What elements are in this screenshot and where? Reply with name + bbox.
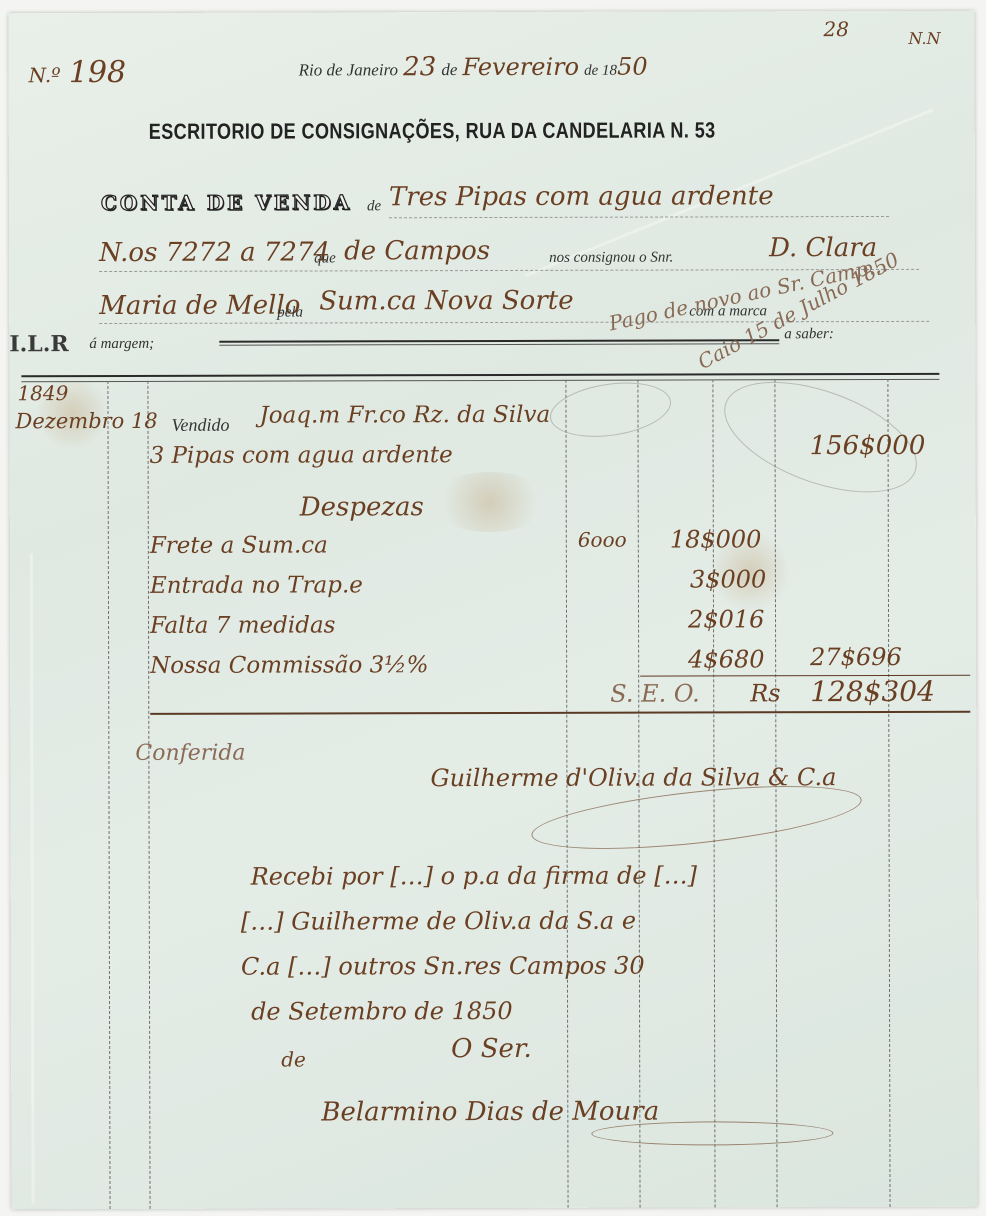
final-signature: Belarmino Dias de Moura — [321, 1097, 659, 1128]
column-rule — [147, 381, 150, 1209]
margem-label: á margem; — [89, 336, 154, 353]
receipt-line: de Setembro de 1850 — [251, 997, 513, 1026]
origin: de Campos — [344, 236, 490, 266]
top-right-number: 28 — [823, 17, 849, 41]
date-year-prefix: de 18 — [584, 63, 617, 79]
ledger-year: 1849 — [17, 381, 68, 405]
goods-description: Tres Pipas com agua ardente — [389, 181, 774, 212]
consignor-second: Maria de Mello — [99, 291, 300, 322]
expense-amount: 2$016 — [688, 605, 764, 633]
receipt-line: C.a […] outros Sn.res Campos 30 — [241, 952, 645, 981]
signature-underline-flourish — [591, 1121, 833, 1146]
de-label-footer: de — [281, 1047, 306, 1071]
document-paper: N.º 198 28 N.N Rio de Janeiro 23 de Feve… — [8, 11, 977, 1210]
top-right-mark: N.N — [908, 29, 940, 48]
receipt-line: Recebi por […] o p.a da firma de […] — [251, 861, 697, 890]
date-line: Rio de Janeiro 23 de Fevereiro de 1850 — [299, 52, 648, 83]
net-label: S. E. O. — [610, 679, 700, 707]
account-title: CONTA DE VENDA — [101, 190, 352, 215]
expense-label: Falta 7 medidas — [150, 612, 335, 638]
sold-label: Vendido — [171, 415, 229, 436]
fill-line — [389, 216, 889, 218]
total-rule — [150, 711, 970, 715]
date-de: de — [441, 60, 457, 79]
expense-prefix: 6ooo — [578, 528, 627, 552]
margem-rule — [219, 339, 779, 345]
document-number: N.º 198 — [29, 55, 127, 90]
expense-label: Entrada no Trap.e — [150, 572, 363, 599]
vessel-name: Sum.ca Nova Sorte — [319, 286, 573, 317]
ledger-top-rule — [21, 373, 939, 382]
column-rule — [637, 380, 640, 1208]
saber-label: a saber: — [784, 326, 834, 343]
cask-mark: I.L.R — [9, 331, 68, 357]
receipt-line: […] Guilherme de Oliv.a da S.a e — [241, 907, 636, 936]
expense-amount: 4$680 — [688, 645, 764, 673]
number-label: N.º — [29, 63, 61, 87]
net-total: 128$304 — [810, 675, 935, 708]
expense-amount: 18$000 — [670, 525, 762, 553]
date-year-suffix: 50 — [617, 53, 648, 81]
expense-label: Frete a Sum.ca — [150, 532, 328, 558]
conferida-note: Conferida — [135, 741, 245, 766]
item-description: 3 Pipas com agua ardente — [150, 442, 453, 469]
de-label: de — [367, 198, 381, 215]
currency-label: Rs — [750, 679, 780, 707]
consign-label: nos consignou o Snr. — [549, 250, 673, 267]
column-rule — [107, 381, 110, 1209]
paper-crease — [30, 553, 35, 1203]
item-total: 156$000 — [810, 431, 926, 461]
place-printed: Rio de Janeiro — [299, 60, 399, 79]
closing-phrase: O Ser. — [451, 1034, 532, 1064]
expense-amount: 3$000 — [690, 565, 766, 593]
que-label: que — [314, 250, 336, 267]
foxing-stain — [430, 472, 550, 532]
buyer-name: Joaq.m Fr.co Rz. da Silva — [259, 402, 550, 429]
ledger-date: Dezembro 18 — [15, 409, 157, 433]
expenses-heading: Despezas — [300, 492, 424, 522]
fill-line — [99, 321, 929, 324]
expense-label: Nossa Commissão 3½% — [150, 652, 428, 679]
date-month: Fevereiro — [462, 53, 579, 81]
column-rule — [887, 379, 890, 1207]
expenses-total: 27$696 — [810, 643, 902, 671]
office-title: ESCRITORIO DE CONSIGNAÇÕES, RUA DA CANDE… — [149, 117, 716, 144]
pela-label: pela — [277, 304, 303, 321]
cask-numbers: N.os 7272 a 7274 — [99, 237, 330, 268]
date-day: 23 — [403, 52, 436, 82]
number-value: 198 — [69, 55, 126, 90]
column-rule — [565, 380, 568, 1208]
